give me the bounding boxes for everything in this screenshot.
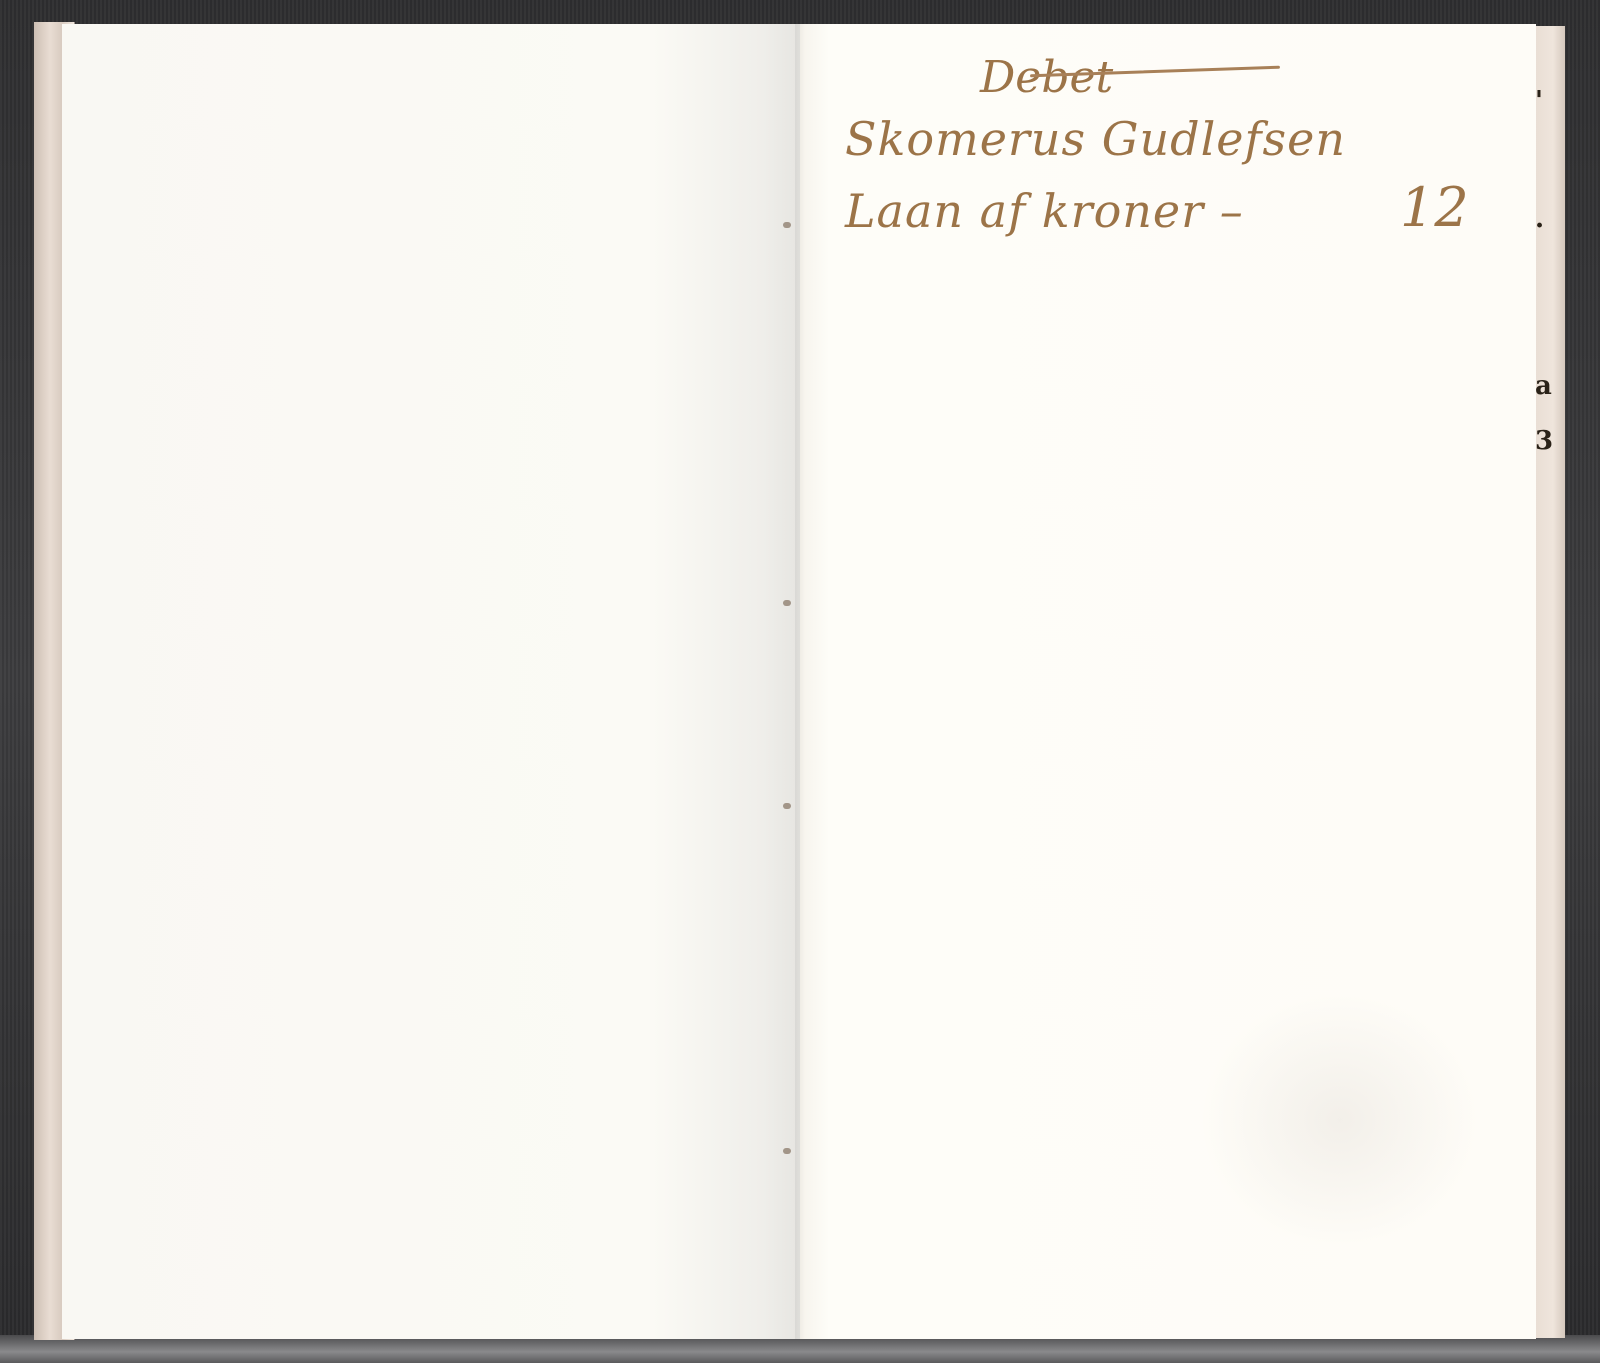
scanner-edge (0, 1335, 1600, 1363)
ledger-heading: Debet (980, 52, 1113, 103)
edge-mark: ' (1535, 86, 1543, 116)
binding-stitch (783, 803, 791, 809)
binding-stitch (783, 222, 791, 228)
ledger-entry-amount: 12 (1400, 176, 1469, 239)
ledger-entry-description: Laan af kroner – (845, 184, 1244, 238)
ledger-entry-name: Skomerus Gudlefsen (845, 112, 1346, 166)
right-page-stack: ' · a 3 (1534, 26, 1565, 1338)
edge-mark: 3 (1535, 426, 1553, 456)
edge-mark: · (1535, 211, 1544, 241)
left-page (62, 24, 800, 1339)
binding-gutter (795, 24, 805, 1339)
page-stain (1200, 990, 1480, 1250)
binding-stitch (783, 600, 791, 606)
binding-stitch (783, 1148, 791, 1154)
edge-mark: a (1535, 371, 1552, 401)
